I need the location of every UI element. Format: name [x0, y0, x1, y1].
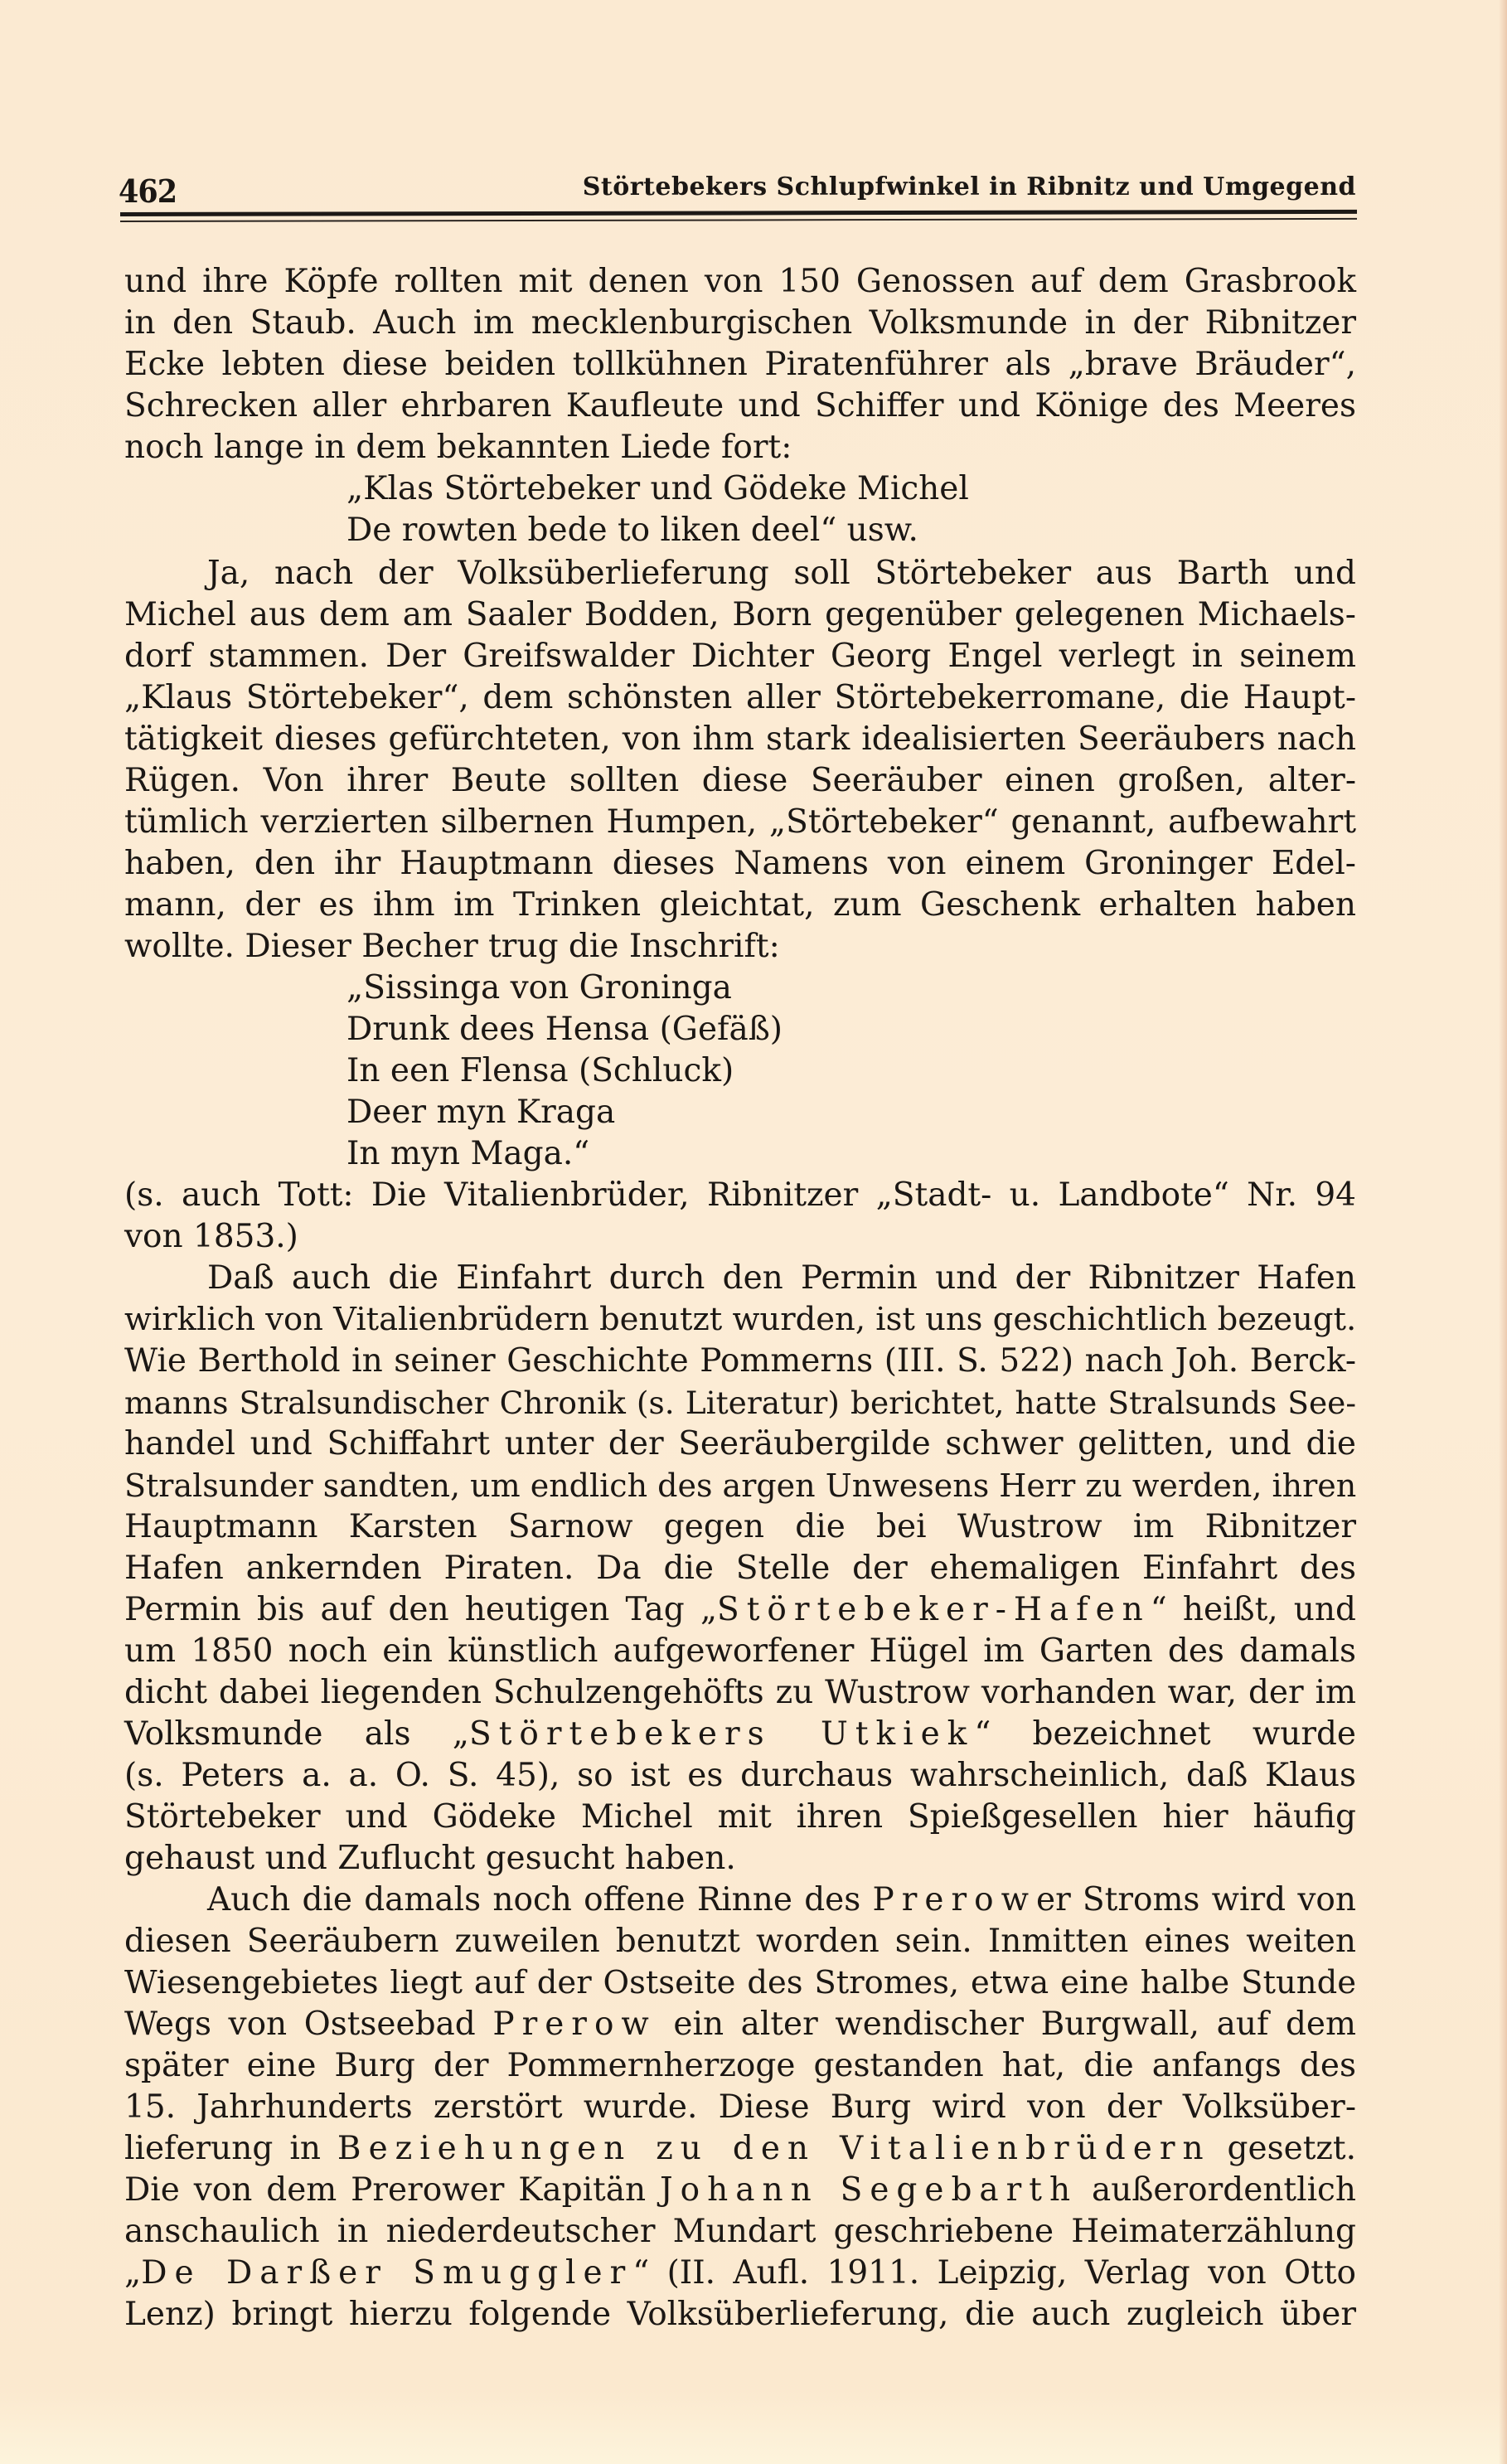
text-line: wollte. Dieser Becher trug die Inschrift… — [124, 927, 1356, 967]
text-line: „De Darßer Smuggler“ (II. Aufl. 1911. Le… — [124, 2253, 1356, 2293]
verse-line: Drunk dees Hensa (Gefäß) — [346, 1010, 783, 1050]
text-line: noch lange in dem bekannten Liede fort: — [124, 428, 1356, 468]
text-line: diesen Seeräubern zuweilen benutzt worde… — [124, 1922, 1356, 1962]
text-line: manns Stralsundischer Chronik (s. Litera… — [124, 1383, 1356, 1423]
text-line: Volksmunde als „Störtebekers Utkiek“ bez… — [124, 1715, 1356, 1754]
text-line: Rügen. Von ihrer Beute sollten diese See… — [124, 761, 1356, 801]
text-line: dorf stammen. Der Greifswalder Dichter G… — [124, 637, 1356, 677]
text-line: später eine Burg der Pommernherzoge gest… — [124, 2046, 1356, 2086]
text-line: in den Staub. Auch im mecklenburgischen … — [124, 303, 1356, 343]
spaced-emphasis: Prerow — [492, 2006, 656, 2043]
text-line: Ja, nach der Volksüberlieferung soll Stö… — [124, 554, 1356, 594]
verse-line: De rowten bede to liken deel“ usw. — [346, 511, 918, 551]
text-line: dicht dabei liegenden Schulzengehöfts zu… — [124, 1673, 1356, 1713]
text-line: tümlich verzierten silbernen Humpen, „St… — [124, 803, 1356, 842]
text-line: Wiesengebietes liegt auf der Ostseite de… — [124, 1963, 1356, 2003]
text-line: lieferung in Beziehungen zu den Vitalien… — [124, 2129, 1356, 2169]
spaced-emphasis: Prerow — [873, 1881, 1036, 1918]
text-line: Die von dem Prerower Kapitän Johann Sege… — [124, 2171, 1356, 2210]
verse-line: In een Flensa (Schluck) — [346, 1051, 734, 1091]
text-line: Schrecken aller ehrbaren Kaufleute und S… — [124, 386, 1356, 426]
text-line: um 1850 noch ein künstlich aufgeworfener… — [124, 1632, 1356, 1671]
text-line: haben, den ihr Hauptmann dieses Namens v… — [124, 844, 1356, 884]
text-line: und ihre Köpfe rollten mit denen von 150… — [124, 262, 1356, 302]
text-line: anschaulich in niederdeutscher Mundart g… — [124, 2212, 1356, 2252]
text-line: mann, der es ihm im Trinken gleichtat, z… — [124, 885, 1356, 925]
text-line: handel und Schiffahrt unter der Seeräube… — [124, 1424, 1356, 1464]
text-line: (s. Peters a. a. O. S. 45), so ist es du… — [124, 1756, 1356, 1796]
verse-line: Deer myn Kraga — [346, 1093, 615, 1133]
spaced-emphasis: Beziehungen zu den Vitalienbrüdern — [337, 2130, 1211, 2167]
text-line: Daß auch die Einfahrt durch den Permin u… — [124, 1259, 1356, 1298]
spaced-emphasis: De Darßer Smuggler — [141, 2254, 632, 2292]
page-number: 462 — [119, 172, 177, 210]
verse-line: In myn Maga.“ — [346, 1134, 589, 1174]
text-line: Störtebeker und Gödeke Michel mit ihren … — [124, 1797, 1356, 1837]
text-line: Lenz) bringt hierzu folgende Volksüberli… — [124, 2295, 1356, 2335]
running-title: Störtebekers Schlupfwinkel in Ribnitz un… — [583, 172, 1356, 201]
text-line: 15. Jahrhunderts zerstört wurde. Diese B… — [124, 2088, 1356, 2127]
spaced-emphasis: Störtebeker-Hafen — [717, 1591, 1151, 1628]
verse-line: „Klas Störtebeker und Gödeke Michel — [346, 469, 969, 509]
text-line: Hauptmann Karsten Sarnow gegen die bei W… — [124, 1507, 1356, 1547]
text-line: Wie Berthold in seiner Geschichte Pommer… — [124, 1341, 1356, 1381]
text-line: Ecke lebten diese beiden tollkühnen Pira… — [124, 345, 1356, 385]
text-line: Auch die damals noch offene Rinne des Pr… — [124, 1880, 1356, 1920]
page-edge-shadow — [1499, 0, 1507, 2464]
text-line: Michel aus dem am Saaler Bodden, Born ge… — [124, 595, 1356, 635]
text-line: gehaust und Zuflucht gesucht haben. — [124, 1839, 1356, 1879]
spaced-emphasis: Johann Segebarth — [660, 2171, 1078, 2209]
spaced-emphasis: Störtebekers Utkiek — [469, 1715, 974, 1753]
text-line: Hafen ankernden Piraten. Da die Stelle d… — [124, 1549, 1356, 1589]
text-line: Stralsunder sandten, um endlich des arge… — [124, 1466, 1356, 1506]
text-line: tätigkeit dieses gefürchteten, von ihm s… — [124, 720, 1356, 759]
text-line: „Klaus Störtebeker“, dem schönsten aller… — [124, 678, 1356, 718]
text-line: wirklich von Vitalienbrüdern benutzt wur… — [124, 1300, 1356, 1340]
verse-line: „Sissinga von Groninga — [346, 968, 732, 1008]
text-line: Permin bis auf den heutigen Tag „Störteb… — [124, 1590, 1356, 1630]
text-line: Wegs von Ostseebad Prerow ein alter wend… — [124, 2005, 1356, 2044]
text-line: von 1853.) — [124, 1217, 1356, 1257]
text-line: (s. auch Tott: Die Vitalienbrüder, Ribni… — [124, 1176, 1356, 1215]
